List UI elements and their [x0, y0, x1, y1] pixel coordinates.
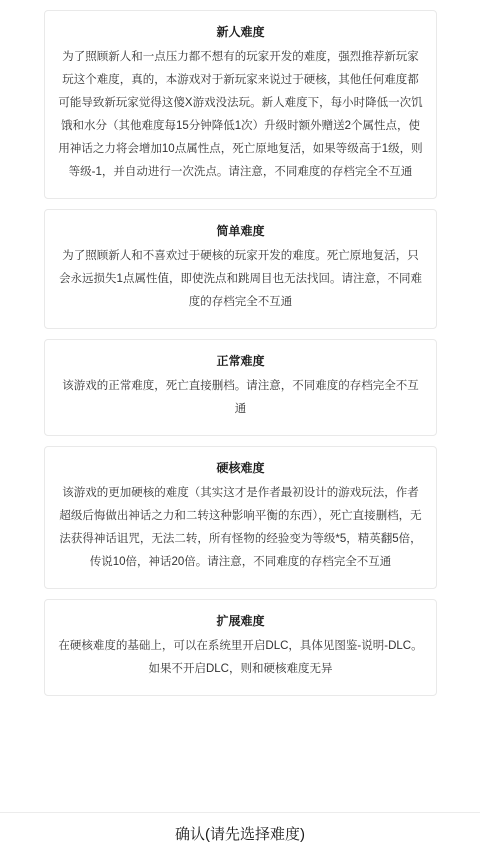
difficulty-card-hardcore[interactable]: 硬核难度 该游戏的更加硬核的难度（其实这才是作者最初设计的游戏玩法，作者超级后悔…	[44, 446, 437, 589]
confirm-button[interactable]: 确认(请先选择难度)	[0, 812, 480, 853]
difficulty-card-description: 该游戏的正常难度，死亡直接删档。请注意，不同难度的存档完全不互通	[57, 375, 424, 421]
difficulty-card-description: 为了照顾新人和一点压力都不想有的玩家开发的难度，强烈推荐新玩家玩这个难度，真的，…	[57, 46, 424, 184]
difficulty-card-title: 正常难度	[57, 353, 424, 370]
difficulty-card-easy[interactable]: 简单难度 为了照顾新人和不喜欢过于硬核的玩家开发的难度。死亡原地复活，只会永远损…	[44, 209, 437, 329]
difficulty-card-expansion[interactable]: 扩展难度 在硬核难度的基础上，可以在系统里开启DLC，具体见图鉴-说明-DLC。…	[44, 599, 437, 696]
difficulty-card-list: 新人难度 为了照顾新人和一点压力都不想有的玩家开发的难度，强烈推荐新玩家玩这个难…	[0, 0, 480, 696]
difficulty-card-title: 扩展难度	[57, 613, 424, 630]
difficulty-card-title: 简单难度	[57, 223, 424, 240]
difficulty-card-newbie[interactable]: 新人难度 为了照顾新人和一点压力都不想有的玩家开发的难度，强烈推荐新玩家玩这个难…	[44, 10, 437, 199]
difficulty-card-description: 该游戏的更加硬核的难度（其实这才是作者最初设计的游戏玩法，作者超级后悔做出神话之…	[57, 482, 424, 574]
difficulty-card-description: 为了照顾新人和不喜欢过于硬核的玩家开发的难度。死亡原地复活，只会永远损失1点属性…	[57, 245, 424, 314]
difficulty-card-normal[interactable]: 正常难度 该游戏的正常难度，死亡直接删档。请注意，不同难度的存档完全不互通	[44, 339, 437, 436]
difficulty-card-title: 新人难度	[57, 24, 424, 41]
difficulty-card-title: 硬核难度	[57, 460, 424, 477]
confirm-button-label: 确认(请先选择难度)	[175, 823, 305, 844]
difficulty-card-description: 在硬核难度的基础上，可以在系统里开启DLC，具体见图鉴-说明-DLC。如果不开启…	[57, 635, 424, 681]
